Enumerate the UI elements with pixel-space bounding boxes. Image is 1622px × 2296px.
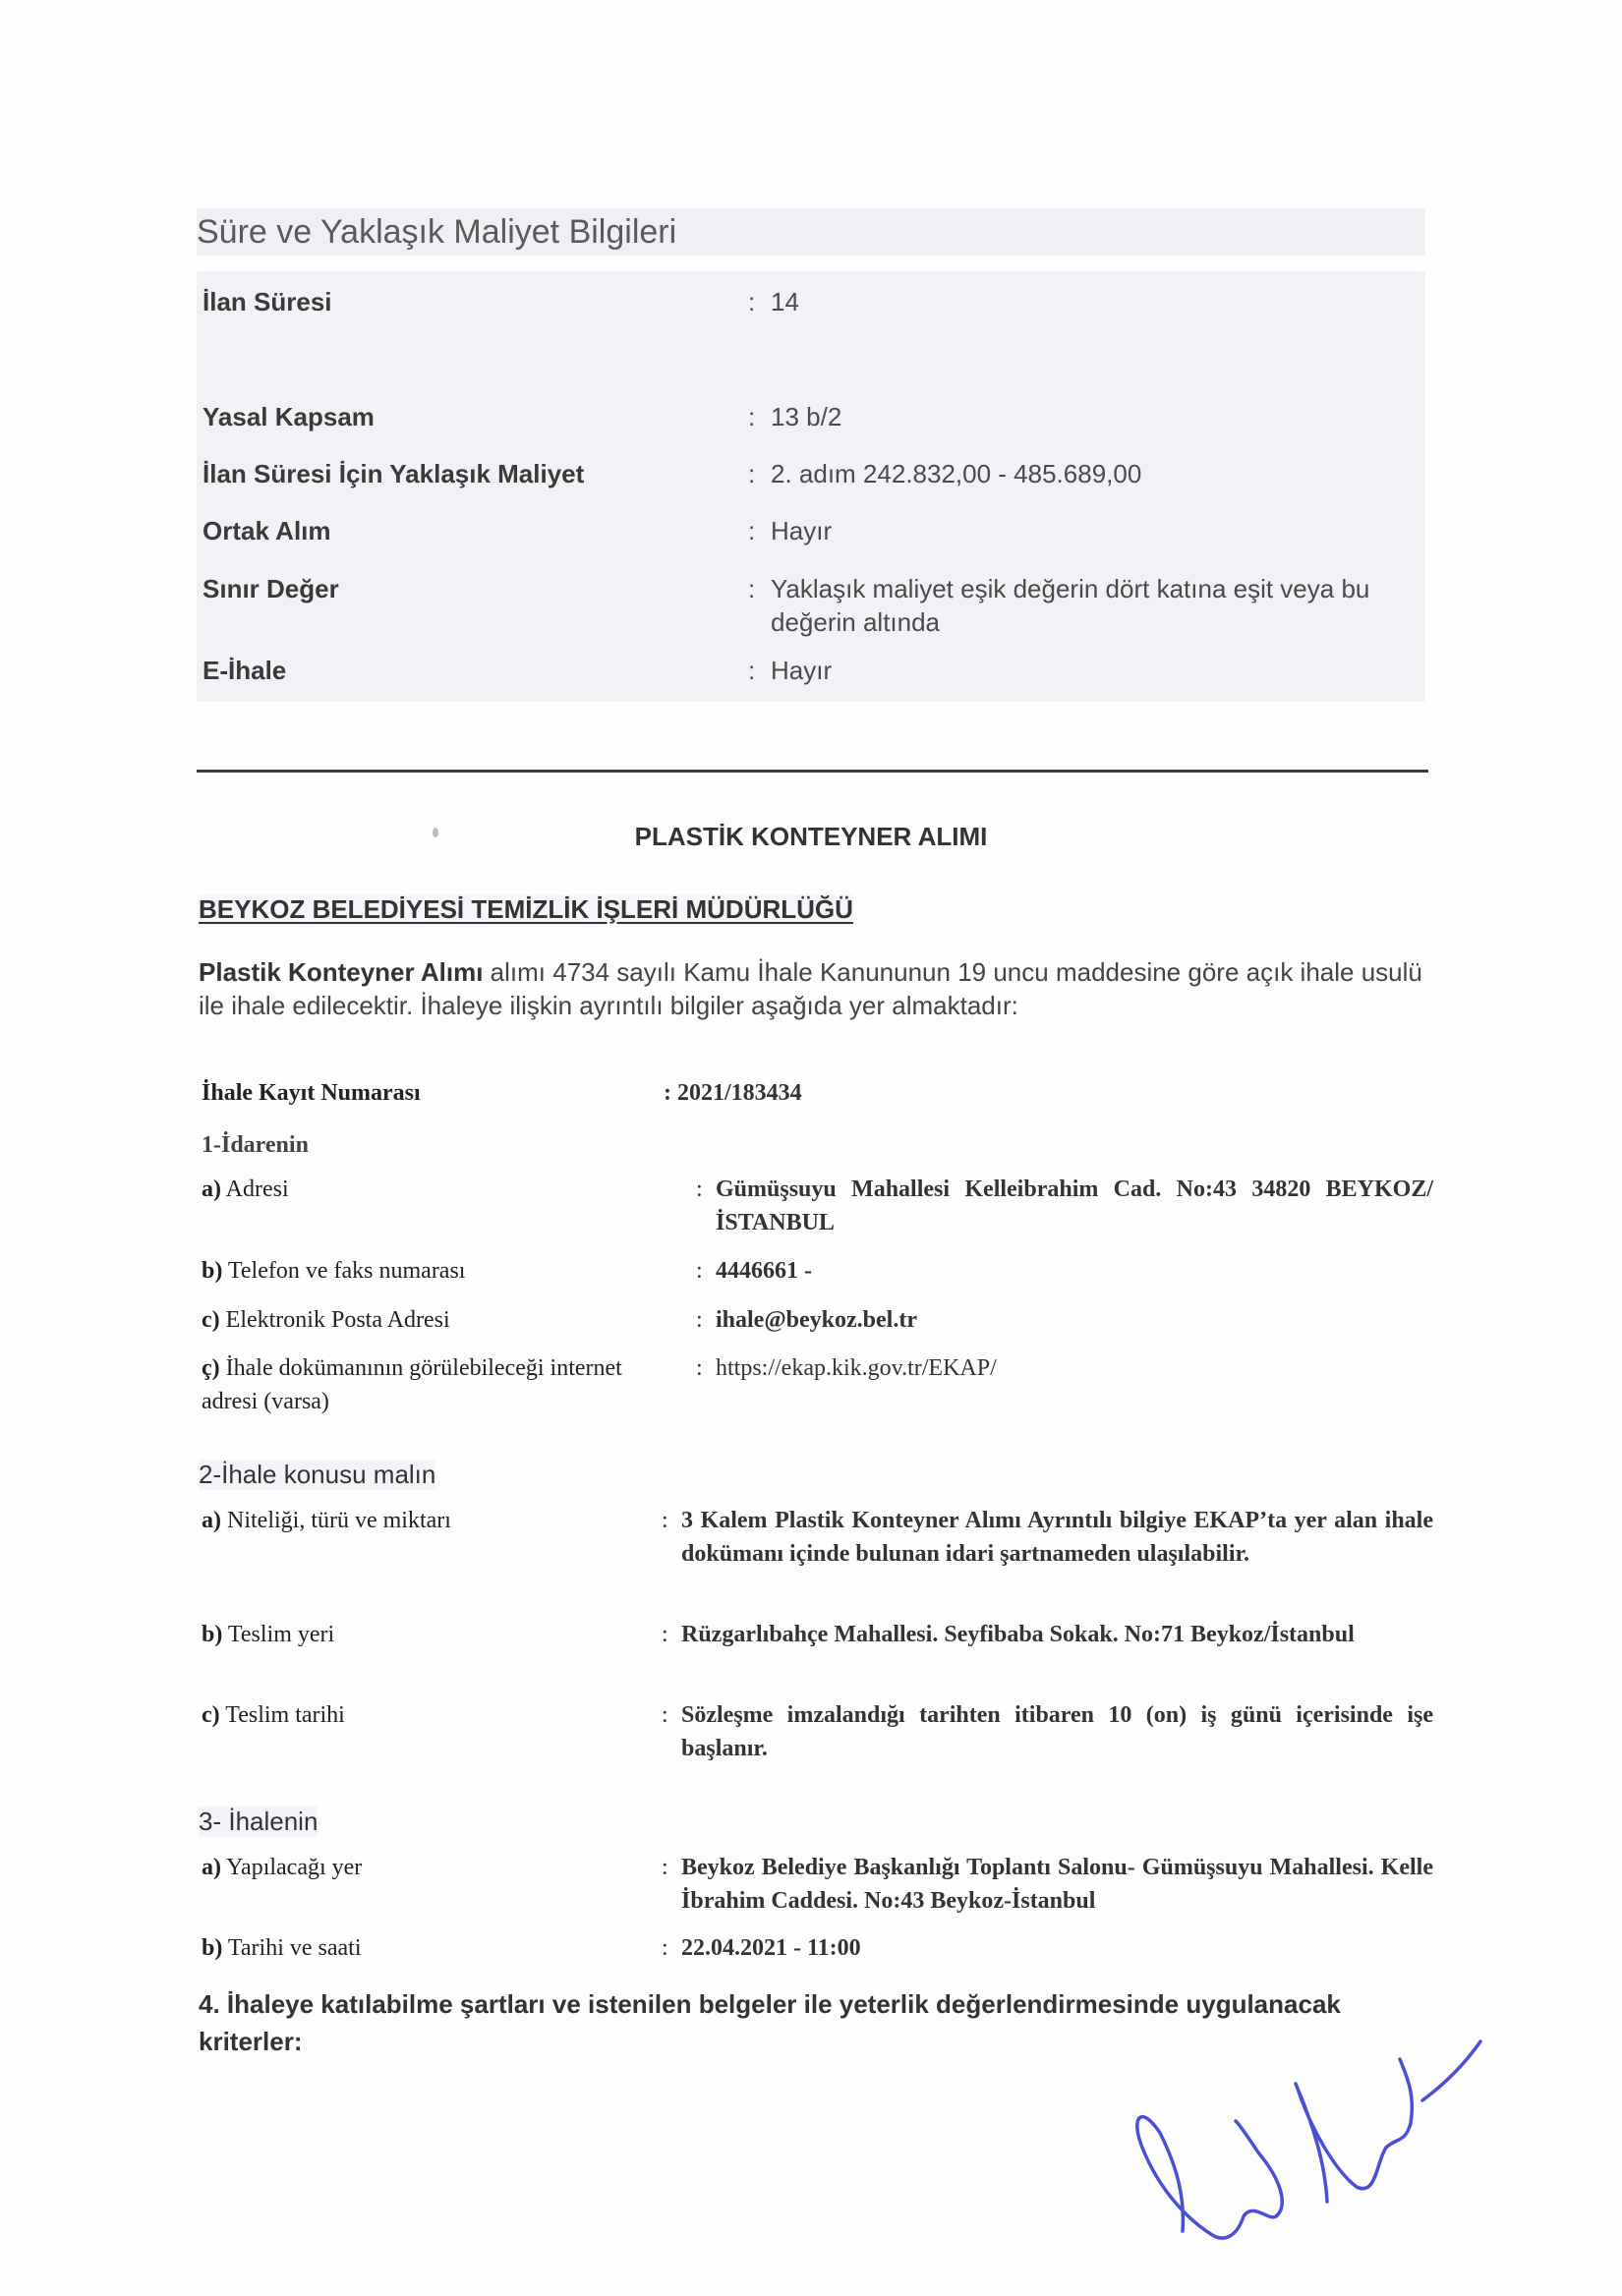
item-letter: c)	[202, 1307, 220, 1333]
colon: :	[748, 572, 755, 605]
summary-label: Sınır Değer	[203, 572, 714, 605]
item-letter: a)	[202, 1855, 221, 1880]
summary-label: İlan Süresi	[203, 285, 714, 318]
item-label: Tarihi ve saati	[222, 1935, 361, 1961]
summary-label: İlan Süresi İçin Yaklaşık Maliyet	[203, 457, 714, 490]
summary-box: İlan Süresi : 14 Yasal Kapsam : 13 b/2 İ…	[197, 271, 1425, 702]
item-label: Telefon ve faks numarası	[222, 1258, 465, 1284]
colon: :	[748, 285, 755, 318]
colon: :	[662, 1931, 668, 1965]
signature-icon	[1111, 2025, 1504, 2280]
summary-title: Süre ve Yaklaşık Maliyet Bilgileri	[197, 208, 1425, 256]
item-value: Sözleşme imzalandığı tarihten itibaren 1…	[681, 1698, 1433, 1765]
colon: :	[662, 1851, 668, 1884]
item-letter: b)	[202, 1622, 222, 1647]
item-value: 4446661 -	[716, 1254, 812, 1288]
item-letter: ç)	[202, 1355, 220, 1381]
colon: :	[748, 654, 755, 687]
item-label: Adresi	[221, 1177, 289, 1202]
item-label: Teslim yeri	[222, 1622, 334, 1647]
colon: :	[748, 400, 755, 433]
intro-paragraph: Plastik Konteyner Alımı alımı 4734 sayıl…	[199, 955, 1427, 1022]
registry-label: İhale Kayıt Numarası	[202, 1076, 421, 1110]
item-value: Gümüşsuyu Mahallesi Kelleibrahim Cad. No…	[716, 1173, 1433, 1239]
summary-value: 14	[771, 285, 1419, 318]
divider	[197, 770, 1428, 773]
summary-value: Hayır	[771, 654, 1419, 687]
summary-value: 2. adım 242.832,00 - 485.689,00	[771, 457, 1419, 490]
item-value: 3 Kalem Plastik Konteyner Alımı Ayrıntıl…	[681, 1504, 1433, 1571]
item-value: 22.04.2021 - 11:00	[681, 1931, 861, 1965]
summary-value: Hayır	[771, 514, 1419, 547]
department-heading: BEYKOZ BELEDİYESİ TEMİZLİK İŞLERİ MÜDÜRL…	[199, 894, 853, 925]
intro-bold: Plastik Konteyner Alımı	[199, 957, 483, 987]
colon: :	[662, 1618, 668, 1651]
summary-value: Yaklaşık maliyet eşik değerin dört katın…	[771, 572, 1419, 639]
section1-title: 1-İdarenin	[202, 1128, 309, 1162]
colon: :	[662, 1698, 668, 1732]
item-label: Niteliği, türü ve miktarı	[221, 1508, 451, 1533]
item-letter: a)	[202, 1177, 221, 1202]
item-letter: b)	[202, 1258, 222, 1284]
summary-label: E-İhale	[203, 654, 714, 687]
colon: :	[696, 1254, 703, 1288]
item-value: ihale@beykoz.bel.tr	[716, 1303, 917, 1337]
colon: :	[696, 1351, 703, 1385]
item-label: Yapılacağı yer	[221, 1855, 362, 1880]
item-label: Teslim tarihi	[220, 1702, 345, 1728]
summary-value: 13 b/2	[771, 400, 1419, 433]
colon: :	[696, 1173, 703, 1206]
document-title: PLASTİK KONTEYNER ALIMI	[0, 822, 1622, 852]
colon: :	[748, 514, 755, 547]
section2-title: 2-İhale konusu malın	[199, 1460, 435, 1490]
colon: :	[662, 1504, 668, 1537]
registry-value: : 2021/183434	[664, 1076, 802, 1110]
section3-title: 3- İhalenin	[199, 1807, 318, 1837]
item-label: Elektronik Posta Adresi	[220, 1307, 450, 1333]
colon: :	[696, 1303, 703, 1337]
item-letter: c)	[202, 1702, 220, 1728]
summary-label: Yasal Kapsam	[203, 400, 714, 433]
colon: :	[748, 457, 755, 490]
item-value: https://ekap.kik.gov.tr/EKAP/	[716, 1351, 997, 1385]
item-letter: b)	[202, 1935, 222, 1961]
item-value: Beykoz Belediye Başkanlığı Toplantı Salo…	[681, 1851, 1433, 1918]
item-letter: a)	[202, 1508, 221, 1533]
item-label: İhale dokümanının görülebileceği interne…	[202, 1355, 622, 1414]
item-value: Rüzgarlıbahçe Mahallesi. Seyfibaba Sokak…	[681, 1618, 1433, 1651]
summary-label: Ortak Alım	[203, 514, 714, 547]
